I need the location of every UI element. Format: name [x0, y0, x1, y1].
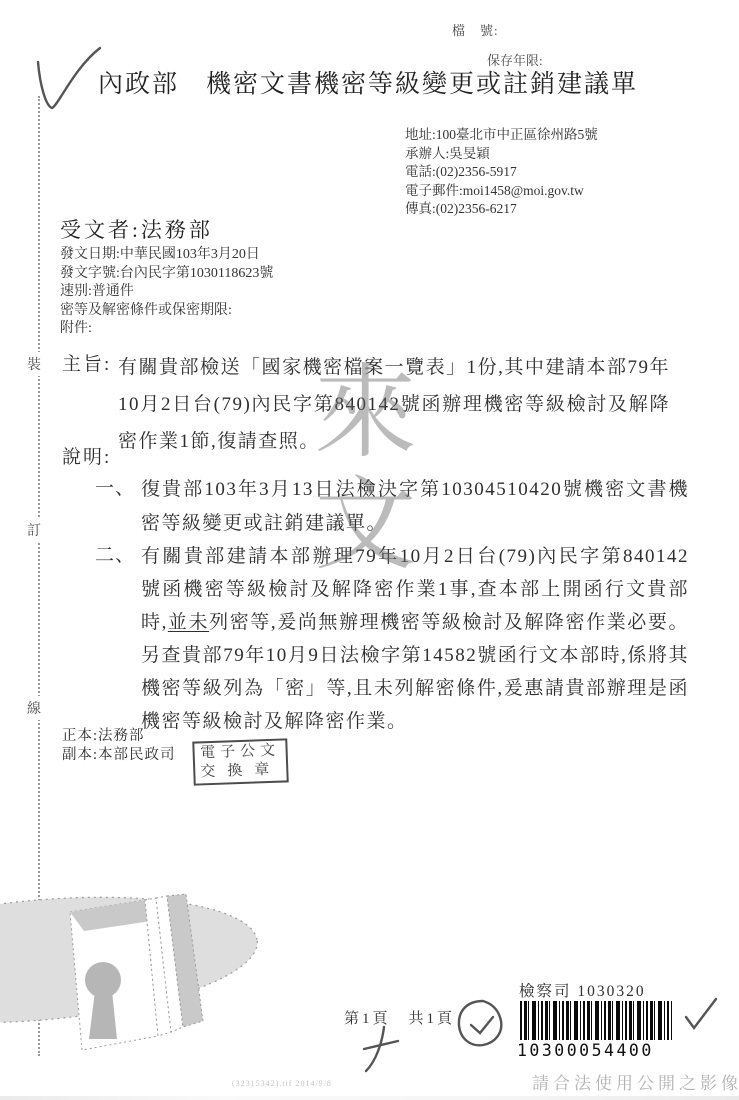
archives-logo-watermark — [0, 884, 265, 1079]
recipient-line: 受文者:法務部 — [60, 214, 213, 244]
electronic-exchange-stamp: 電子公文 交換章 — [192, 738, 288, 785]
explanation-item-1-text: 復貴部103年3月13日法檢決字第10304510420號機密文書機密等級變更或… — [141, 473, 689, 541]
attachment-line: 附件: — [60, 320, 273, 339]
binding-char-zhuang: 裝 — [27, 352, 41, 376]
contact-person: 承辦人:吳旻穎 — [405, 145, 598, 164]
item-2-text-underlined: 並未 — [168, 612, 209, 633]
issue-number: 發文字號:台內民字第1030118623號 — [60, 265, 273, 284]
barcode-number: 10300054400 — [517, 1041, 654, 1060]
department-date-stamp: 檢察司 1030320 — [519, 979, 646, 1001]
contact-fax: 傳真:(02)2356-6217 — [405, 200, 598, 219]
binding-char-ding: 訂 — [27, 518, 41, 542]
meta-block: 發文日期:中華民國103年3月20日 發文字號:台內民字第1030118623號… — [60, 246, 273, 339]
contact-email: 電子郵件:moi1458@moi.gov.tw — [405, 182, 598, 201]
explanation-item-1-number: 一、 — [95, 473, 135, 500]
original-copy-line: 正本:法務部 — [62, 724, 145, 745]
binding-char-xian: 線 — [27, 696, 41, 720]
handwritten-mark-page — [358, 1023, 408, 1078]
explanation-item-2-text: 有關貴部建請本部辦理79年10月2日台(79)內民字第840142號函機密等級檢… — [141, 540, 689, 738]
subject-text: 有關貴部檢送「國家機密檔案一覽表」1份,其中建請本部79年10月2日台(79)內… — [118, 349, 670, 460]
circled-check-mark — [453, 995, 515, 1055]
scan-edge-artifact — [0, 1096, 739, 1100]
usage-watermark-text: 請合法使用公開之影像 — [532, 1069, 739, 1094]
file-number-label: 檔 號: — [452, 20, 499, 39]
subject-label: 主旨: — [62, 349, 111, 376]
exchange-stamp-line2: 交換章 — [200, 761, 282, 783]
document-title: 內政部 機密文書機密等級變更或註銷建議單 — [98, 64, 638, 100]
scanned-document-page: 檔 號: 保存年限: 內政部 機密文書機密等級變更或註銷建議單 地址:100臺北… — [0, 0, 739, 1100]
contact-block: 地址:100臺北市中正區徐州路5號 承辦人:吳旻穎 電話:(02)2356-59… — [405, 126, 598, 219]
contact-phone: 電話:(02)2356-5917 — [405, 163, 598, 182]
barcode — [520, 1001, 672, 1040]
security-class: 密等及解密條件或保密期限: — [60, 302, 273, 321]
explanation-label: 說明: — [62, 442, 111, 469]
explanation-item-2-number: 二、 — [95, 540, 135, 567]
handwritten-checkmark-right — [680, 993, 722, 1038]
cc-copy-line: 副本:本部民政司 — [62, 743, 176, 764]
item-2-text-after: 列密等,爰尚無辦理機密等級檢討及解降密作業必要。另查貴部79年10月9日法檢字第… — [141, 612, 689, 732]
scan-file-note: (32315342).tif 2014/9/8 — [232, 1079, 332, 1088]
contact-address: 地址:100臺北市中正區徐州路5號 — [405, 126, 598, 145]
speed-class: 速別:普通件 — [60, 283, 273, 302]
issue-date: 發文日期:中華民國103年3月20日 — [60, 246, 273, 265]
